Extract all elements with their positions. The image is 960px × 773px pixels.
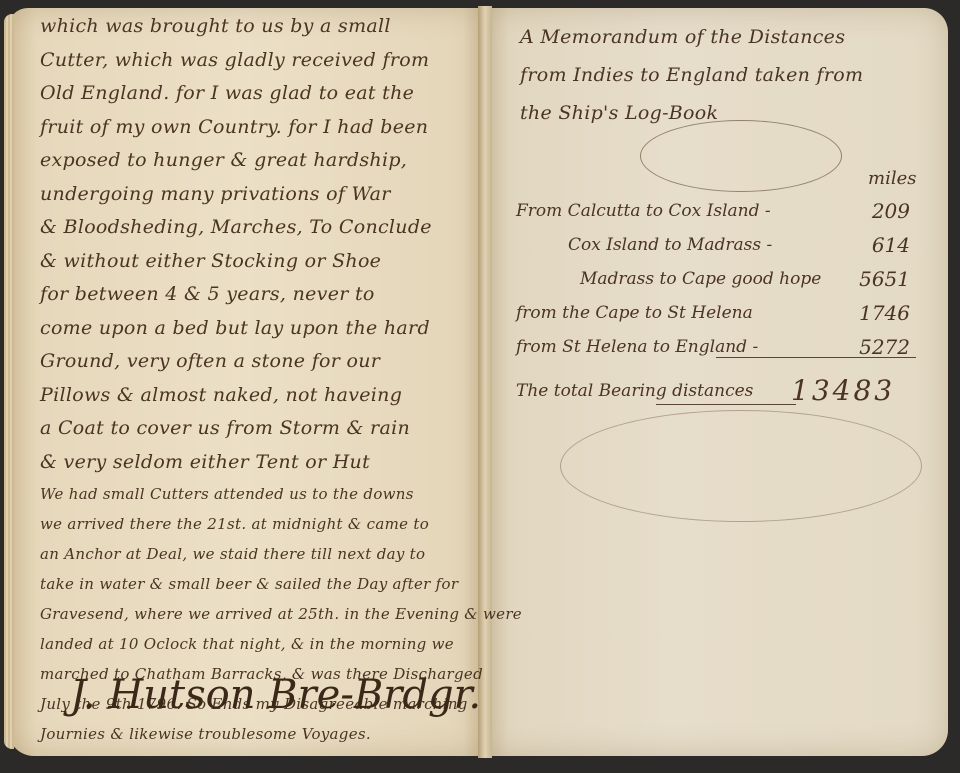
text-line: & without either Stocking or Shoe <box>40 245 465 279</box>
miles-value: 614 <box>850 230 910 260</box>
text-line: undergoing many privations of War <box>40 178 465 212</box>
miles-value: 1746 <box>850 298 910 328</box>
route-label: From Calcutta to Cox Island - <box>516 196 771 226</box>
text-line: an Anchor at Deal, we staid there till n… <box>40 539 465 569</box>
total-label: The total Bearing distances <box>516 381 753 401</box>
text-line: Pillows & almost naked, not haveing <box>40 379 465 413</box>
total-value: 13483 <box>791 376 895 406</box>
text-line: take in water & small beer & sailed the … <box>40 569 465 599</box>
miles-column-header: miles <box>868 168 916 189</box>
left-page-text: which was brought to us by a small Cutte… <box>40 10 465 749</box>
text-line: for between 4 & 5 years, never to <box>40 278 465 312</box>
distance-row: Cox Island to Madrass - 614 <box>516 230 916 260</box>
route-label: Cox Island to Madrass - <box>568 230 772 260</box>
text-line: Cutter, which was gladly received from <box>40 44 465 78</box>
heading-line: A Memorandum of the Distances <box>520 18 940 56</box>
text-line: we arrived there the 21st. at midnight &… <box>40 509 465 539</box>
route-label: from the Cape to St Helena <box>516 298 753 328</box>
text-line: We had small Cutters attended us to the … <box>40 479 465 509</box>
page-edges <box>4 14 14 749</box>
distance-row: Madrass to Cape good hope 5651 <box>516 264 916 294</box>
text-line: a Coat to cover us from Storm & rain <box>40 412 465 446</box>
text-line: which was brought to us by a small <box>40 10 465 44</box>
distance-row: from the Cape to St Helena 1746 <box>516 298 916 328</box>
sum-rule <box>716 357 916 358</box>
memorandum-heading: A Memorandum of the Distances from Indie… <box>520 18 940 132</box>
heading-line: from Indies to England taken from <box>520 56 940 94</box>
signature: J. Hutson Bre-Brdgr. <box>70 672 481 718</box>
text-line: Old England. for I was glad to eat the <box>40 77 465 111</box>
text-line: come upon a bed but lay upon the hard <box>40 312 465 346</box>
text-line: Gravesend, where we arrived at 25th. in … <box>40 599 465 629</box>
book-gutter <box>478 6 492 758</box>
open-notebook: which was brought to us by a small Cutte… <box>0 0 960 773</box>
text-line: Journies & likewise troublesome Voyages. <box>40 719 465 749</box>
route-label: Madrass to Cape good hope <box>580 264 821 294</box>
text-line: & Bloodsheding, Marches, To Conclude <box>40 211 465 245</box>
total-underline <box>656 404 796 405</box>
flourish-decoration <box>560 410 922 522</box>
miles-value: 5651 <box>850 264 910 294</box>
total-row: The total Bearing distances 13483 <box>516 376 916 406</box>
miles-value: 209 <box>850 196 910 226</box>
text-line: landed at 10 Oclock that night, & in the… <box>40 629 465 659</box>
text-line: fruit of my own Country. for I had been <box>40 111 465 145</box>
text-line: Ground, very often a stone for our <box>40 345 465 379</box>
text-line: exposed to hunger & great hardship, <box>40 144 465 178</box>
distance-row: From Calcutta to Cox Island - 209 <box>516 196 916 226</box>
text-line: & very seldom either Tent or Hut <box>40 446 465 480</box>
flourish-decoration <box>640 120 842 192</box>
